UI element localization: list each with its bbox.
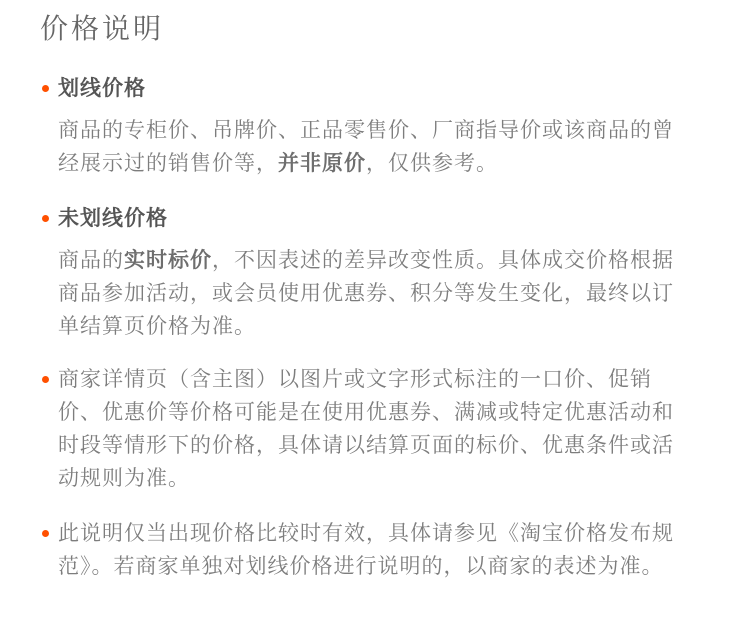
bullet-cell: [40, 114, 58, 147]
section-body: 商家详情页（含主图）以图片或文字形式标注的一口价、促销 价、优惠价等价格可能是在…: [58, 363, 674, 495]
body-text: 商品的: [58, 249, 124, 272]
body-text: 商品的专柜价、吊牌价、正品零售价、厂商指导价或该商品的曾: [58, 119, 674, 142]
bullet-dot-icon: [42, 215, 49, 222]
price-note-section: 未划线价格 商品的实时标价，不因表述的差异改变性质。具体成交价格根据 商品参加活…: [40, 202, 730, 343]
bullet-cell: [40, 517, 58, 550]
body-text: 商品参加活动，或会员使用优惠券、积分等发生变化，最终以订: [58, 282, 674, 305]
page-title: 价格说明: [40, 10, 730, 48]
body-text: 商家详情页（含主图）以图片或文字形式标注的一口价、促销: [58, 368, 652, 391]
section-heading-row: 未划线价格: [40, 202, 730, 235]
bullet-cell: [40, 72, 58, 105]
price-note-section: 划线价格 商品的专柜价、吊牌价、正品零售价、厂商指导价或该商品的曾 经展示过的销…: [40, 72, 730, 180]
section-body: 商品的实时标价，不因表述的差异改变性质。具体成交价格根据 商品参加活动，或会员使…: [58, 244, 674, 343]
body-text: ，不因表述的差异改变性质。具体成交价格根据: [212, 249, 674, 272]
body-text: 时段等情形下的价格，具体请以结算页面的标价、优惠条件或活: [58, 434, 674, 457]
body-text: ，仅供参考。: [366, 152, 498, 175]
section-heading-row: 划线价格: [40, 72, 730, 105]
emphasized-text: 实时标价: [124, 249, 212, 272]
section-body: 商品的专柜价、吊牌价、正品零售价、厂商指导价或该商品的曾 经展示过的销售价等，并…: [58, 114, 674, 180]
section-body-row: 此说明仅当出现价格比较时有效，具体请参见《淘宝价格发布规 范》。若商家单独对划线…: [40, 517, 730, 583]
bullet-cell: [40, 202, 58, 235]
body-text: 动规则为准。: [58, 467, 190, 490]
bullet-dot-icon: [42, 376, 49, 383]
body-text: 单结算页价格为准。: [58, 315, 256, 338]
bullet-cell: [40, 244, 58, 277]
body-text: 经展示过的销售价等，: [58, 152, 278, 175]
body-text: 此说明仅当出现价格比较时有效，具体请参见《淘宝价格发布规: [58, 522, 674, 545]
body-text: 范》。若商家单独对划线价格进行说明的，以商家的表述为准。: [58, 555, 664, 578]
section-body-row: 商家详情页（含主图）以图片或文字形式标注的一口价、促销 价、优惠价等价格可能是在…: [40, 363, 730, 495]
bullet-dot-icon: [42, 530, 49, 537]
emphasized-text: 并非原价: [278, 152, 366, 175]
body-text: 价、优惠价等价格可能是在使用优惠券、满减或特定优惠活动和: [58, 401, 674, 424]
price-note-section: 商家详情页（含主图）以图片或文字形式标注的一口价、促销 价、优惠价等价格可能是在…: [40, 363, 730, 495]
section-heading: 划线价格: [58, 72, 146, 105]
section-body: 此说明仅当出现价格比较时有效，具体请参见《淘宝价格发布规 范》。若商家单独对划线…: [58, 517, 674, 583]
section-body-row: 商品的专柜价、吊牌价、正品零售价、厂商指导价或该商品的曾 经展示过的销售价等，并…: [40, 114, 730, 180]
bullet-dot-icon: [42, 85, 49, 92]
price-note-section: 此说明仅当出现价格比较时有效，具体请参见《淘宝价格发布规 范》。若商家单独对划线…: [40, 517, 730, 583]
section-heading: 未划线价格: [58, 202, 168, 235]
section-body-row: 商品的实时标价，不因表述的差异改变性质。具体成交价格根据 商品参加活动，或会员使…: [40, 244, 730, 343]
price-explanation-panel: 价格说明 划线价格 商品的专柜价、吊牌价、正品零售价、厂商指导价或该商品的曾 经…: [0, 0, 748, 627]
sections-container: 划线价格 商品的专柜价、吊牌价、正品零售价、厂商指导价或该商品的曾 经展示过的销…: [40, 72, 730, 583]
bullet-cell: [40, 363, 58, 396]
